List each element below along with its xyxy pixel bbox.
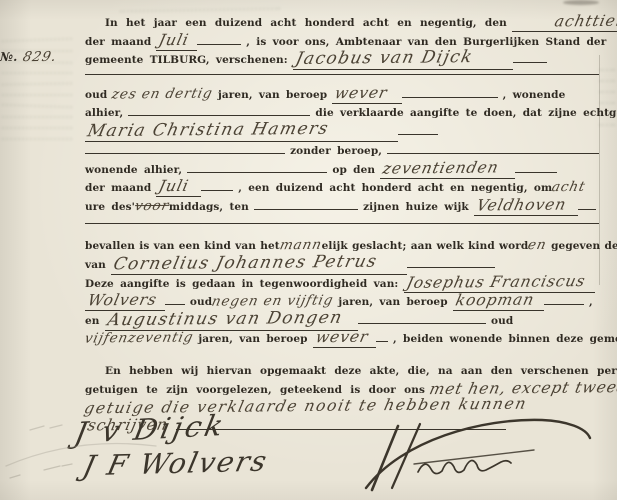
entry-witness1-firstnames: Josephus Franciscus	[404, 272, 587, 292]
printed-text: In het jaar een duizend acht honderd ach…	[105, 17, 507, 29]
printed-text: jaren, van beroep	[338, 296, 447, 308]
printed-text: ,	[589, 296, 593, 308]
act-number: №. 829.	[0, 46, 56, 65]
entry-daypart: voor	[133, 198, 171, 214]
form-line-witnesses-intro: Deze aangifte is gedaan in tegenwoordigh…	[85, 272, 599, 291]
form-line-municipality: gemeente TILBURG, verschenen: Jacobus va…	[85, 48, 599, 67]
entry-word-ending: en	[527, 237, 549, 253]
printed-text: van	[85, 259, 106, 271]
form-line-month: der maand Juli , is voor ons, Ambtenaar …	[85, 30, 599, 49]
entry-witness1-surname: Wolvers	[86, 291, 159, 310]
horizontal-rule	[85, 223, 599, 224]
printed-text: jaren, van beroep	[198, 333, 307, 345]
entry-birth-month: Juli	[157, 177, 191, 195]
printed-text: gegeven de voorna	[547, 240, 617, 252]
printed-text: die verklaarde aangifte te doen, dat zij…	[315, 107, 617, 119]
form-line-witness2: en Augustinus van Dongen oud	[85, 309, 599, 328]
form-line-child-gender: bevallen is van een kind van hetmannelij…	[85, 234, 599, 253]
printed-text: der maand	[85, 182, 151, 194]
printed-text: , beiden wonende binnen deze gemeente.	[393, 333, 617, 345]
act-text-block: In het jaar een duizend acht honderd ach…	[85, 11, 599, 433]
form-line-witness2-age: vijfenzeventig jaren, van beroep wever ,…	[85, 327, 599, 346]
printed-text: oud	[491, 315, 513, 327]
form-line-birth-time-place: ure des'voormiddags, ten zijnen huize wi…	[85, 195, 599, 214]
printed-text: Deze aangifte is gedaan in tegenwoordigh…	[85, 278, 398, 290]
bleed-through-left	[2, 30, 72, 450]
printed-text: oud	[190, 296, 212, 308]
printed-text: bevallen is van een kind van het	[85, 240, 280, 252]
form-line-birth-month: der maand Juli , een duizend acht honder…	[85, 176, 599, 195]
printed-text: , is voor ons, Ambtenaar van den Burgerl…	[246, 36, 606, 48]
entry-act-day: achttienden	[533, 11, 617, 30]
horizontal-rule	[85, 74, 599, 75]
entry-declarant-name: Jacobus van Dijck	[293, 47, 475, 69]
printed-text: gemeente TILBURG, verschenen:	[85, 54, 288, 66]
printed-text: alhier,	[85, 107, 123, 119]
printed-text: oud	[85, 89, 107, 101]
entry-child-names: Cornelius Johannes Petrus	[111, 252, 379, 275]
entry-witness2-name: Augustinus van Dongen	[105, 307, 344, 329]
form-line-child-names: van Cornelius Johannes Petrus	[85, 253, 599, 272]
form-line-closing1: En hebben wij hiervan opgemaakt deze akt…	[85, 359, 599, 378]
entry-act-month: Juli	[157, 30, 191, 48]
printed-text: elijk geslacht; aan welk kind word	[322, 240, 529, 252]
act-number-value: 829.	[21, 49, 58, 65]
entry-district: Veldhoven	[475, 195, 568, 214]
printed-text: , wonende	[503, 89, 566, 101]
printed-text: ure des'	[85, 201, 135, 213]
ink-smudge	[563, 0, 599, 5]
printed-text: wonende alhier,	[85, 164, 182, 176]
form-line-mother-name: Maria Christina Hamers	[85, 120, 599, 139]
printed-text: getuigen te zijn voorgelezen, geteekend …	[85, 384, 425, 396]
printed-text: zonder beroep,	[290, 145, 382, 157]
form-line-declarant-age: oud zes en dertig jaren, van beroep weve…	[85, 83, 599, 102]
form-line-closing2: getuigen te zijn voorgelezen, geteekend …	[85, 378, 599, 397]
entry-witness2-age: vijfenzeventig	[83, 330, 195, 347]
form-line-year: In het jaar een duizend acht honderd ach…	[85, 11, 599, 30]
entry-witness2-occupation: wever	[314, 328, 370, 347]
entry-mother-name: Maria Christina Hamers	[86, 119, 331, 142]
entry-birth-day: zeventienden	[381, 158, 501, 177]
entry-declarant-age: zes en dertig	[110, 85, 214, 102]
entry-declarant-occupation: wever	[333, 84, 389, 103]
birth-certificate-page: №. 829. In het jaar een duizend acht hon…	[0, 0, 617, 500]
printed-text: middags, ten	[169, 201, 249, 213]
printed-text: der maand	[85, 36, 151, 48]
form-line-residence: alhier, die verklaarde aangifte te doen,…	[85, 101, 599, 120]
form-line-birth-day: wonende alhier, op den zeventienden	[85, 158, 599, 177]
entry-gender: mann	[278, 237, 323, 253]
printed-text: , een duizend acht honderd acht en negen…	[238, 182, 552, 194]
printed-text: en	[85, 315, 100, 327]
pencil-marks	[0, 420, 200, 500]
form-line-no-occupation: zonder beroep,	[85, 139, 599, 158]
entry-witness1-occupation: koopman	[454, 291, 536, 310]
entry-birth-hour: acht	[550, 179, 587, 195]
numero-label: №.	[0, 50, 17, 64]
form-line-witness1: Wolvers oudnegen en vijftig jaren, van b…	[85, 290, 599, 309]
printed-text: zijnen huize wijk	[363, 201, 469, 213]
signature-registrar-flourish	[362, 412, 594, 496]
printed-text: op den	[332, 164, 375, 176]
printed-text: jaren, van beroep	[218, 89, 327, 101]
printed-text: En hebben wij hiervan opgemaakt deze akt…	[105, 365, 617, 377]
